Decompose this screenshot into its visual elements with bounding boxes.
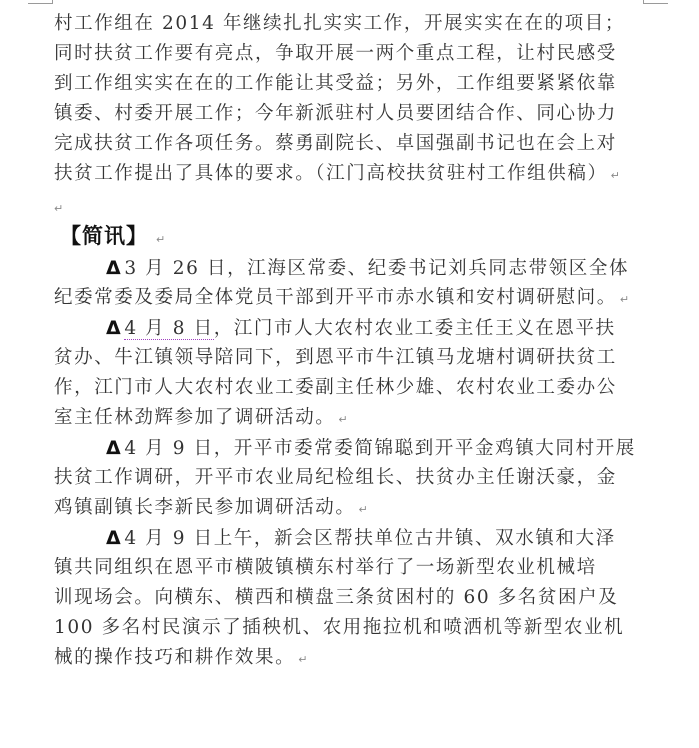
news-item-first-line: Δ4 月 9 日，开平市委常委简锦聪到开平金鸡镇大同村开展 bbox=[54, 433, 654, 463]
text-span: 械的操作技巧和耕作效果。 bbox=[54, 647, 295, 668]
text-span: 扶贫工作提出了具体的要求。（江门高校扶贫驻村工作组供稿） bbox=[54, 163, 608, 184]
text-span: 4 月 9 日，开平市委常委简锦聪到开平金鸡镇大同村开展 bbox=[124, 438, 635, 459]
text-line: 同时扶贫工作要有亮点，争取开展一两个重点工程，让村民感受 bbox=[54, 39, 654, 69]
delta-bullet-icon: Δ bbox=[106, 257, 122, 279]
crop-mark-top-left bbox=[28, 0, 53, 4]
news-item: Δ3 月 26 日，江海区常委、纪委书记刘兵同志带领区全体 纪委常委及委局全体党… bbox=[54, 253, 654, 313]
delta-bullet-icon: Δ bbox=[106, 527, 122, 549]
paragraph-mark-icon: ↵ bbox=[298, 653, 309, 666]
text-line: 扶贫工作调研，开平市农业局纪检组长、扶贫办主任谢沃豪，金 bbox=[54, 463, 654, 493]
section-heading-text: 【简讯】 bbox=[60, 224, 148, 248]
text-line: 械的操作技巧和耕作效果。↵ bbox=[54, 643, 654, 673]
text-line: 100 多名村民演示了插秧机、农用拖拉机和喷洒机等新型农业机 bbox=[54, 613, 654, 643]
text-line: 作，江门市人大农村农业工委副主任林少雄、农村农业工委办公 bbox=[54, 373, 654, 403]
text-line: 训现场会。向横东、横西和横盘三条贫困村的 60 多名贫困户及 bbox=[54, 583, 654, 613]
empty-paragraph: ↵ bbox=[54, 189, 654, 219]
intro-paragraph: 村工作组在 2014 年继续扎扎实实工作，开展实实在在的项目； 同时扶贫工作要有… bbox=[54, 9, 654, 189]
news-item-first-line: Δ4 月 9 日上午，新会区帮扶单位古井镇、双水镇和大泽 bbox=[54, 523, 654, 553]
news-item: Δ4 月 9 日上午，新会区帮扶单位古井镇、双水镇和大泽 镇共同组织在恩平市横陂… bbox=[54, 523, 654, 673]
news-item: Δ4 月 9 日，开平市委常委简锦聪到开平金鸡镇大同村开展 扶贫工作调研，开平市… bbox=[54, 433, 654, 523]
text-line: 贫办、牛江镇领导陪同下，到恩平市牛江镇马龙塘村调研扶贫工 bbox=[54, 343, 654, 373]
news-item: Δ4 月 8 日，江门市人大农村农业工委主任王义在恩平扶 贫办、牛江镇领导陪同下… bbox=[54, 313, 654, 433]
text-line: 到工作组实实在在的工作能让其受益；另外，工作组要紧紧依靠 bbox=[54, 69, 654, 99]
crop-mark-top-right bbox=[643, 0, 668, 4]
paragraph-mark-icon: ↵ bbox=[620, 293, 631, 306]
date-with-grammar-underline: 4 月 8 日 bbox=[124, 318, 213, 340]
news-item-first-line: Δ4 月 8 日，江门市人大农村农业工委主任王义在恩平扶 bbox=[54, 313, 654, 343]
text-line: 完成扶贫工作各项任务。蔡勇副院长、卓国强副书记也在会上对 bbox=[54, 129, 654, 159]
text-span: ，江门市人大农村农业工委主任王义在恩平扶 bbox=[214, 318, 616, 339]
text-span: 3 月 26 日，江海区常委、纪委书记刘兵同志带领区全体 bbox=[124, 258, 629, 279]
text-span: 纪委常委及委局全体党员干部到开平市赤水镇和安村调研慰问。 bbox=[54, 287, 617, 308]
paragraph-mark-icon: ↵ bbox=[338, 413, 349, 426]
news-item-first-line: Δ3 月 26 日，江海区常委、纪委书记刘兵同志带领区全体 bbox=[54, 253, 654, 283]
text-line: 鸡镇副镇长李新民参加调研活动。↵ bbox=[54, 493, 654, 523]
text-line: 镇委、村委开展工作；今年新派驻村人员要团结合作、同心协力 bbox=[54, 99, 654, 129]
delta-bullet-icon: Δ bbox=[106, 437, 122, 459]
text-line: 纪委常委及委局全体党员干部到开平市赤水镇和安村调研慰问。↵ bbox=[54, 283, 654, 313]
text-line: 镇共同组织在恩平市横陂镇横东村举行了一场新型农业机械培 bbox=[54, 553, 654, 583]
text-span: 室主任林劲辉参加了调研活动。 bbox=[54, 407, 335, 428]
text-line: 扶贫工作提出了具体的要求。（江门高校扶贫驻村工作组供稿）↵ bbox=[54, 159, 654, 189]
delta-bullet-icon: Δ bbox=[106, 317, 122, 339]
text-line: 室主任林劲辉参加了调研活动。↵ bbox=[54, 403, 654, 433]
paragraph-mark-icon: ↵ bbox=[611, 169, 622, 182]
section-heading: 【简讯】↵ bbox=[60, 219, 654, 253]
document-page: 村工作组在 2014 年继续扎扎实实工作，开展实实在在的项目； 同时扶贫工作要有… bbox=[54, 9, 654, 673]
text-line: 村工作组在 2014 年继续扎扎实实工作，开展实实在在的项目； bbox=[54, 9, 654, 39]
paragraph-mark-icon: ↵ bbox=[156, 233, 166, 246]
paragraph-mark-icon: ↵ bbox=[54, 202, 63, 215]
text-span: 鸡镇副镇长李新民参加调研活动。 bbox=[54, 497, 356, 518]
paragraph-mark-icon: ↵ bbox=[359, 503, 370, 516]
text-span: 4 月 9 日上午，新会区帮扶单位古井镇、双水镇和大泽 bbox=[124, 528, 615, 549]
